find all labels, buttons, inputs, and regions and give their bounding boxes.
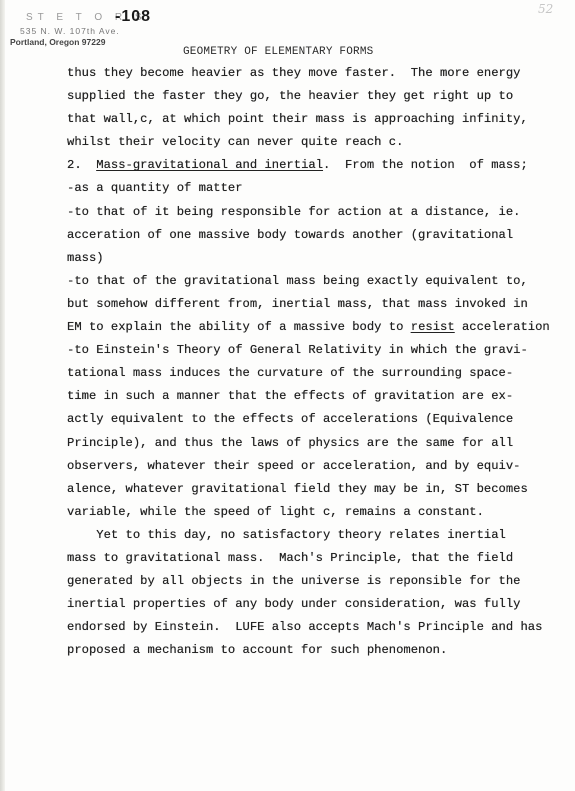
text-line: acceration of one massive body towards a… [67,224,567,247]
text-line: -to Einstein's Theory of General Relativ… [67,339,567,362]
em-line-start: EM to explain the ability of a massive b… [67,320,411,334]
em-line-end: acceleration [455,320,550,334]
text-line: -as a quantity of matter [67,177,567,200]
text-line: actly equivalent to the effects of accel… [67,408,567,431]
text-line: endorsed by Einstein. LUFE also accepts … [67,616,567,639]
text-line: mass to gravitational mass. Mach's Princ… [67,547,567,570]
text-line: time in such a manner that the effects o… [67,385,567,408]
text-line: thus they become heavier as they move fa… [67,62,567,85]
section-number: 2. [67,158,82,172]
page-number: 52 [538,2,553,16]
text-line: variable, while the speed of light c, re… [67,501,567,524]
text-line: alence, whatever gravitational field the… [67,478,567,501]
text-line: whilst their velocity can never quite re… [67,131,567,154]
text-line: tational mass induces the curvature of t… [67,362,567,385]
text-line: inertial properties of any body under co… [67,593,567,616]
text-line: generated by all objects in the universe… [67,570,567,593]
text-line: that wall,c, at which point their mass i… [67,108,567,131]
underlined-word-resist: resist [411,320,455,334]
document-page: ST E T O R S 535 N. W. 107th Ave. Portla… [0,0,575,791]
page-edge-shadow [0,0,5,791]
text-line: proposed a mechanism to account for such… [67,639,567,662]
text-line: Principle), and thus the laws of physics… [67,432,567,455]
text-line: -to that of it being responsible for act… [67,201,567,224]
text-line: but somehow different from, inertial mas… [67,293,567,316]
document-title: GEOMETRY OF ELEMENTARY FORMS [183,46,373,58]
text-line: -to that of the gravitational mass being… [67,270,567,293]
em-line: EM to explain the ability of a massive b… [67,316,567,339]
text-line: Yet to this day, no satisfactory theory … [67,524,567,547]
text-line: supplied the faster they go, the heavier… [67,85,567,108]
handwritten-reference-number: -108 [115,8,151,26]
stamp-address: 535 N. W. 107th Ave. [20,26,120,36]
stamp-city: Portland, Oregon 97229 [10,37,105,47]
text-line: mass) [67,247,567,270]
section-heading-line: 2. Mass-gravitational and inertial. From… [67,154,567,177]
section-heading-rest: From the notion of mass; [330,158,527,172]
section-heading: Mass-gravitational and inertial [96,158,323,172]
body-text: thus they become heavier as they move fa… [67,62,567,662]
text-line: observers, whatever their speed or accel… [67,455,567,478]
